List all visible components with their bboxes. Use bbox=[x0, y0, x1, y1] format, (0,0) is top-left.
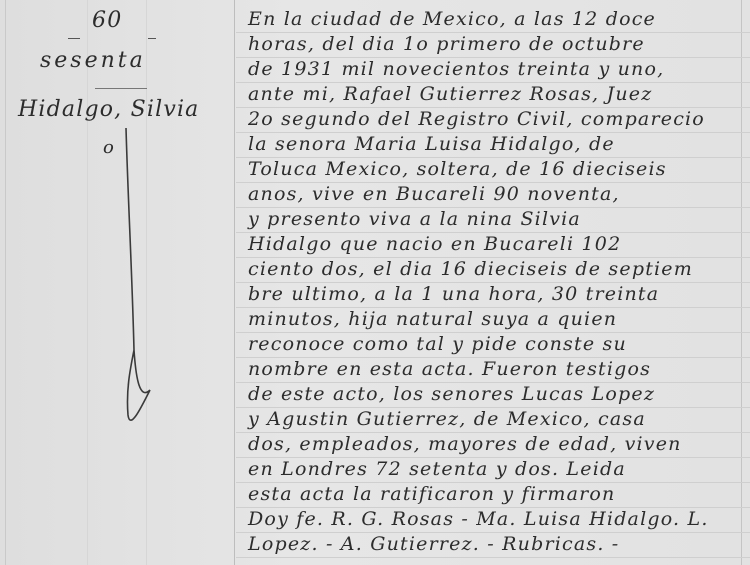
text-line: dos, empleados, mayores de edad, viven bbox=[248, 433, 682, 455]
registrant-name: Hidalgo, Silvia bbox=[18, 97, 200, 122]
text-line: y presento viva a la nina Silvia bbox=[248, 208, 581, 230]
margin-column: 60 sesenta Hidalgo, Silvia o bbox=[0, 0, 236, 565]
record-body: En la ciudad de Mexico, a las 12 doce ho… bbox=[236, 0, 750, 565]
signature-flourish bbox=[100, 120, 160, 430]
document-page: 60 sesenta Hidalgo, Silvia o En la ciud bbox=[0, 0, 750, 565]
record-number: 60 bbox=[92, 8, 122, 33]
text-line: minutos, hija natural suya a quien bbox=[248, 308, 617, 330]
text-line: de 1931 mil novecientos treinta y uno, bbox=[248, 58, 664, 80]
ruled-line bbox=[236, 557, 750, 558]
text-line: bre ultimo, a la 1 una hora, 30 treinta bbox=[248, 283, 659, 305]
text-line: anos, vive en Bucareli 90 noventa, bbox=[248, 183, 620, 205]
text-line: en Londres 72 setenta y dos. Leida bbox=[248, 458, 626, 480]
text-line: horas, del dia 1o primero de octubre bbox=[248, 33, 645, 55]
text-line: reconoce como tal y pide conste su bbox=[248, 333, 627, 355]
text-line: ante mi, Rafael Gutierrez Rosas, Juez bbox=[248, 83, 652, 105]
text-line: esta acta la ratificaron y firmaron bbox=[248, 483, 615, 505]
text-line: la senora Maria Luisa Hidalgo, de bbox=[248, 133, 615, 155]
text-line: y Agustin Gutierrez, de Mexico, casa bbox=[248, 408, 646, 430]
record-number-words: sesenta bbox=[40, 48, 146, 73]
text-line: Hidalgo que nacio en Bucareli 102 bbox=[248, 233, 621, 255]
text-line: En la ciudad de Mexico, a las 12 doce bbox=[248, 8, 656, 30]
dash-mark bbox=[148, 38, 156, 39]
underline-mark bbox=[95, 88, 147, 89]
text-line: de este acto, los senores Lucas Lopez bbox=[248, 383, 655, 405]
dash-mark bbox=[68, 38, 80, 39]
text-line: ciento dos, el dia 16 dieciseis de septi… bbox=[248, 258, 693, 280]
text-line: 2o segundo del Registro Civil, compareci… bbox=[248, 108, 705, 130]
text-line: Toluca Mexico, soltera, de 16 dieciseis bbox=[248, 158, 667, 180]
text-line: Doy fe. R. G. Rosas - Ma. Luisa Hidalgo.… bbox=[248, 508, 709, 530]
text-line: nombre en esta acta. Fueron testigos bbox=[248, 358, 651, 380]
text-line: Lopez. - A. Gutierrez. - Rubricas. - bbox=[248, 533, 619, 555]
